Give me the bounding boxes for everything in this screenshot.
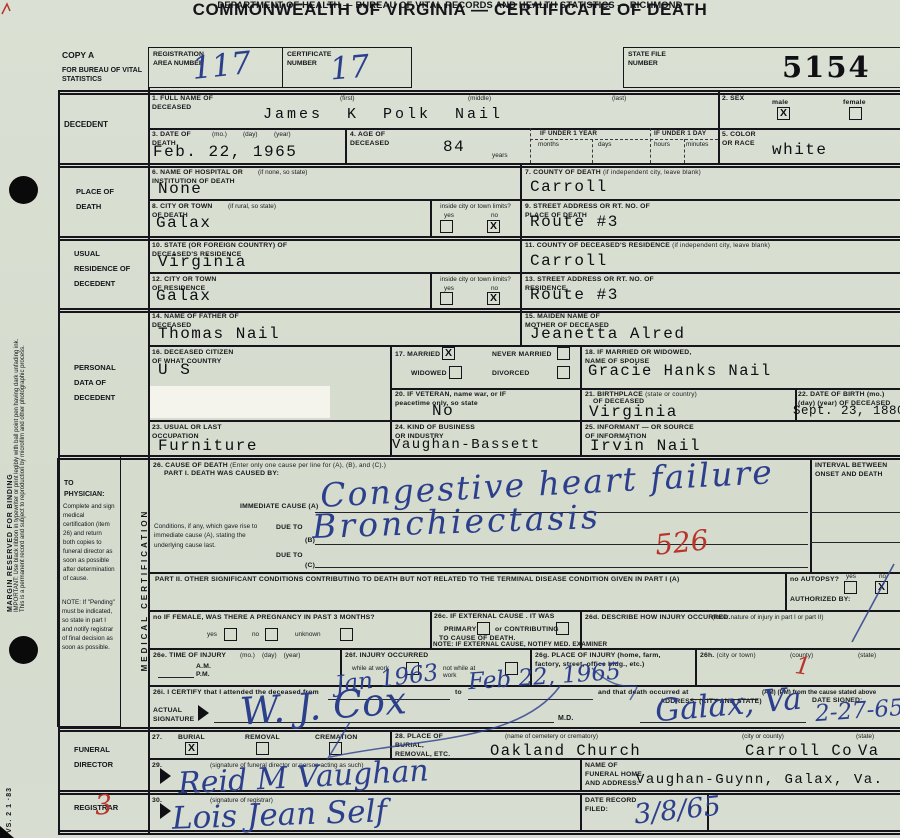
field-26h-state-hint: (state): [858, 652, 876, 659]
pregnancy-yes-checkbox: [224, 628, 237, 641]
field-2-label: 2. SEX: [722, 95, 744, 104]
burial-checkbox: X: [185, 742, 198, 755]
rule: [430, 272, 432, 308]
limits2-no-label: no: [491, 285, 498, 292]
rule: [148, 572, 900, 574]
under-1-year-months: months: [538, 141, 559, 148]
field-5-text: COLOR OR RACE: [722, 131, 756, 147]
sidebar-decedent: DECEDENT: [64, 120, 108, 129]
under-1-year-days: days: [598, 141, 612, 148]
autopsy-yes-checkbox: [844, 581, 857, 594]
rule: [58, 163, 900, 165]
under-1-day-minutes: minutes: [686, 141, 708, 148]
hole-punch-top: [9, 176, 38, 204]
field-21-hint: (state or country): [645, 391, 697, 398]
rule: [148, 610, 900, 612]
rule: [810, 542, 900, 543]
field-5-label: 5. COLOR OR RACE: [722, 131, 767, 149]
sidebar-usual-residence: USUAL RESIDENCE OF DECEDENT: [74, 246, 136, 291]
spouse-value: Gracie Hanks Nail: [588, 362, 772, 380]
copy-for-label: FOR BUREAU OF VITAL STATISTICS: [62, 66, 144, 85]
pregnancy-yes-label: yes: [207, 631, 217, 638]
rule: [592, 139, 593, 163]
field-17-never-label: NEVER MARRIED: [492, 351, 552, 360]
hospital-value: None: [158, 180, 202, 198]
limits2-no-checkbox: X: [487, 292, 500, 305]
rule: [430, 610, 432, 648]
limits1-no-label: no: [491, 212, 498, 219]
father-name-value: Thomas Nail: [158, 325, 280, 343]
field-26-no: 26.: [153, 462, 163, 469]
field-7-label: 7. COUNTY OF DEATH (if independent city,…: [525, 169, 701, 178]
field-5-no: 5.: [722, 131, 728, 138]
field-3-hint-mo: (mo.): [212, 131, 227, 138]
field-14-no: 14.: [152, 313, 162, 320]
rule: [148, 128, 900, 130]
state-file-label: STATE FILE NUMBER: [628, 51, 688, 69]
limits2-yes-label: yes: [444, 285, 454, 292]
occupation-value: Furniture: [158, 437, 258, 455]
field-17-divorced-label: DIVORCED: [492, 370, 529, 379]
never-married-checkbox: [557, 347, 570, 360]
field-26b-label: no IF FEMALE, WAS THERE A PREGNANCY IN P…: [153, 614, 393, 623]
field-26e-hints: (mo.) (day) (year): [240, 652, 300, 659]
rule: [58, 90, 900, 92]
city-of-residence-value: Galax: [156, 287, 212, 305]
field-24-no: 24.: [395, 424, 405, 431]
sidebar-funeral-director: FUNERAL DIRECTOR: [74, 742, 136, 772]
rule: [390, 388, 900, 390]
contributing-checkbox: [556, 622, 569, 635]
rule: [148, 648, 900, 650]
field-6-no: 6.: [152, 169, 158, 176]
rule: [58, 239, 900, 241]
hole-punch-bottom: [9, 636, 38, 664]
field-26h-no: 26h.: [700, 652, 714, 659]
field-17-married-label: 17. MARRIED: [395, 351, 440, 360]
field-7-hint: (if independent city, leave blank): [603, 169, 701, 176]
date-of-birth-value: Sept. 23, 1880: [793, 404, 900, 418]
field-26e-no: 26e.: [153, 652, 167, 659]
binding-margin-title: MARGIN RESERVED FOR BINDING: [7, 52, 14, 612]
field-7-no: 7.: [525, 169, 531, 176]
interval-label: INTERVAL BETWEEN ONSET AND DEATH: [815, 462, 893, 480]
sex-male-checkbox: X: [777, 107, 790, 120]
field-26f-no: 26f.: [345, 652, 358, 659]
rule: [580, 345, 582, 455]
pregnancy-unknown-checkbox: [340, 628, 353, 641]
limits1-no-checkbox: X: [487, 220, 500, 233]
burial-county-hint: (city or county): [742, 733, 784, 740]
industry-value: Vaughan-Bassett: [392, 437, 541, 453]
registrar-signature: Lois Jean Self: [171, 793, 387, 836]
field-3-hint-year: (year): [274, 131, 291, 138]
md-label: M.D.: [558, 714, 574, 723]
field-26f-text: INJURY OCCURRED: [360, 652, 429, 659]
state-of-residence-value: Virginia: [158, 253, 247, 271]
rule: [148, 420, 900, 422]
field-4-no: 4.: [350, 131, 356, 138]
field-26e-label: 26e. TIME OF INJURY: [153, 652, 226, 661]
actual-signature-label: ACTUAL SIGNATURE: [153, 707, 197, 725]
field-17-widowed-label: WIDOWED: [411, 370, 447, 379]
autopsy-slash-stroke: [852, 564, 894, 642]
mother-name-value: Jeanetta Alred: [530, 325, 685, 343]
rule: [158, 677, 194, 678]
burial-state-hint: (state): [856, 733, 874, 740]
authorized-by-label: AUTHORIZED BY:: [790, 596, 850, 605]
contributing-label: or CONTRIBUTING: [495, 626, 559, 635]
field-26e-text: TIME OF INJURY: [169, 652, 226, 659]
sidebar-place-of-death: PLACE OF DEATH: [76, 184, 128, 214]
married-checkbox: X: [442, 347, 455, 360]
field-26c-text: IF EXTERNAL CAUSE . IT WAS: [450, 613, 554, 620]
rule: [148, 199, 900, 201]
autopsy-label: no AUTOPSY?: [790, 576, 839, 585]
field-26b-text: IF FEMALE, WAS THERE A PREGNANCY IN PAST…: [164, 614, 375, 621]
field-9-no: 9.: [525, 203, 531, 210]
rule: [530, 128, 531, 163]
limits2-yes-checkbox: [440, 292, 453, 305]
rule: [695, 648, 697, 685]
cemetery-value: Oakland Church: [490, 742, 641, 760]
field-20-label: 20. IF VETERAN, name war, or IF peacetim…: [395, 391, 525, 409]
part2-body: OTHER SIGNIFICANT CONDITIONS CONTRIBUTIN…: [184, 576, 679, 583]
rule: [58, 730, 900, 732]
field-11-label: 11. COUNTY OF DECEASED'S RESIDENCE (if i…: [525, 242, 770, 251]
under-1-year-label: IF UNDER 1 YEAR: [540, 130, 597, 138]
field-26f-label: 26f. INJURY OCCURRED: [345, 652, 428, 661]
rule: [315, 567, 808, 568]
registrar-signature-arrow-icon: [160, 803, 171, 819]
certificate-number-value: 17: [329, 48, 371, 87]
burial-county-value: Carroll Co: [745, 742, 853, 760]
rule: [345, 128, 347, 163]
field-13-no: 13.: [525, 276, 535, 283]
rule: [58, 458, 900, 460]
city-of-death-value: Galax: [156, 214, 212, 232]
field-12-no: 12.: [152, 276, 162, 283]
rule: [148, 345, 900, 347]
rule: [430, 199, 432, 236]
burial-state-value: Va: [858, 742, 880, 760]
field-11-text: COUNTY OF DECEASED'S RESIDENCE: [537, 242, 670, 249]
funeral-home-value: Vaughan-Guynn, Galax, Va.: [636, 772, 884, 788]
veteran-value: No: [432, 402, 454, 420]
rule: [390, 730, 392, 758]
field-8-no: 8.: [152, 203, 158, 210]
conditions-note: Conditions, if any, which gave rise to i…: [154, 522, 266, 550]
registration-area-value: 117: [190, 45, 253, 87]
field-16-no: 16.: [152, 349, 162, 356]
field-26h-red-mark: 1: [793, 651, 812, 681]
medical-certification-strip: MEDICAL CERTIFICATION: [120, 455, 148, 727]
state-file-value: 5154: [782, 50, 871, 84]
field-27-no: 27.: [152, 734, 162, 743]
field-2-no: 2.: [722, 95, 728, 102]
autopsy-no-word: no: [879, 573, 886, 580]
field-15-no: 15.: [525, 313, 535, 320]
citizen-value: U S: [158, 361, 191, 379]
field-25-no: 25.: [585, 424, 595, 431]
autopsy-no-checkbox: X: [875, 581, 888, 594]
field-20-no: 20.: [395, 391, 405, 398]
date-of-death-value: Feb. 22, 1965: [153, 143, 297, 161]
rule: [530, 139, 718, 140]
binding-margin-text: MARGIN RESERVED FOR BINDING IMPORTANT: U…: [7, 52, 26, 612]
street-of-residence-value: Route #3: [530, 286, 619, 304]
under-1-day-label: IF UNDER 1 DAY: [654, 130, 706, 138]
field-2-text: SEX: [730, 95, 744, 102]
cemetery-hint: (name of cemetery or crematory): [505, 733, 598, 740]
to-physician-title: TO PHYSICIAN:: [64, 479, 112, 500]
physician-signature: W. J. Cox: [239, 678, 408, 734]
field-4-label: 4. AGE OF DECEASED: [350, 131, 405, 149]
primary-checkbox: [477, 622, 490, 635]
field-1-label: 1. FULL NAME OF DECEASED: [152, 95, 222, 113]
certificate-subtitle: DEPARTMENT OF HEALTH — BUREAU OF VITAL R…: [0, 0, 900, 10]
rule: [58, 166, 900, 168]
limits1-yes-checkbox: [440, 220, 453, 233]
field-26c-no: 26c.: [434, 613, 448, 620]
field-21-text: BIRTHPLACE: [597, 391, 643, 398]
sidebar-personal-data: PERSONAL DATA OF DECEDENT: [74, 360, 136, 405]
birthplace-value: Virginia: [589, 403, 678, 421]
autopsy-yes-label: yes: [846, 573, 856, 580]
rule: [468, 699, 593, 700]
cause-code-red: 526: [653, 523, 710, 561]
signature-arrow-icon: [198, 705, 209, 721]
certify-to-word: to: [455, 689, 462, 698]
rule: [650, 128, 651, 163]
due-to-c-label: DUE TO: [276, 552, 303, 561]
field-26h-city-hint: (city or town): [717, 652, 756, 659]
binding-margin-note2: This is a permanent record and subject t…: [20, 52, 26, 612]
field-28-no: 28.: [395, 733, 405, 740]
widowed-checkbox: [449, 366, 462, 379]
limits1-question: inside city or town limits?: [433, 203, 518, 210]
c-label: (C): [305, 562, 315, 571]
removal-checkbox: [256, 742, 269, 755]
field-1-text: FULL NAME OF DECEASED: [152, 95, 213, 111]
date-filed-handwriting: 3/8/65: [633, 791, 723, 831]
death-certificate-scan: COMMONWEALTH OF VIRGINIA — CERTIFICATE O…: [0, 0, 900, 838]
certify-no: 26i.: [153, 689, 165, 696]
form-number: VS. 2 1 ·83: [6, 787, 13, 833]
field-26h-label: 26h. (city or town): [700, 652, 756, 661]
correction-patch: [150, 386, 330, 418]
field-11-hint: (if independent city, leave blank): [672, 242, 770, 249]
autopsy-no: no: [790, 576, 799, 583]
rule: [810, 458, 812, 572]
field-7-text: COUNTY OF DEATH: [533, 169, 601, 176]
rule: [580, 793, 582, 830]
state-file-box: STATE FILE NUMBER 5154: [623, 47, 900, 88]
rule: [315, 544, 808, 545]
rule: [148, 272, 900, 274]
field-22-no: 22.: [798, 391, 808, 398]
field-26b-no: no: [153, 614, 162, 621]
to-physician-note: NOTE: If "Pending" must be indicated, so…: [62, 599, 116, 653]
rule: [580, 758, 582, 790]
cremation-checkbox: [329, 742, 342, 755]
rule: [810, 512, 900, 513]
age-value: 84: [443, 138, 465, 156]
limits2-question: inside city or town limits?: [433, 276, 518, 283]
to-physician-body: Complete and sign medical certification …: [63, 503, 115, 584]
field-3-hint-day: (day): [243, 131, 258, 138]
field-11-no: 11.: [525, 242, 535, 249]
field-26c-label: 26c. IF EXTERNAL CAUSE . IT WAS: [434, 613, 574, 622]
field-1-hint-first: (first): [340, 95, 355, 102]
county-of-residence-value: Carroll: [530, 252, 608, 270]
field-3-no: 3.: [152, 131, 158, 138]
field-4-text: AGE OF DECEASED: [350, 131, 389, 147]
field-26-paren: (Enter only one cause per line for (A), …: [230, 462, 386, 469]
registrar-red-mark: 3: [94, 789, 113, 821]
race-value: white: [772, 141, 828, 159]
rule: [58, 236, 900, 238]
informant-value: Irvin Nail: [590, 437, 701, 455]
field-17-no: 17.: [395, 351, 405, 358]
field-1-hint-last: (last): [612, 95, 626, 102]
to-physician-box: TO PHYSICIAN: Complete and sign medical …: [57, 458, 121, 727]
medical-certification-vertical-label: MEDICAL CERTIFICATION: [140, 465, 149, 715]
part2-text: PART II. OTHER SIGNIFICANT CONDITIONS CO…: [155, 576, 785, 585]
field-6-hint: (if none, so state): [258, 169, 307, 176]
part2-label: PART II.: [155, 576, 182, 583]
field-17-married-text: MARRIED: [407, 351, 440, 358]
due-to-b-label: DUE TO: [276, 524, 303, 533]
field-26d-hint: (enter nature of injury in part I or par…: [712, 614, 824, 621]
rule: [684, 139, 685, 163]
rule: [785, 572, 787, 610]
pregnancy-no-checkbox: [265, 628, 278, 641]
pregnancy-unknown-label: unknown: [295, 631, 321, 638]
sex-female-checkbox: [849, 107, 862, 120]
pm-label: P.M.: [196, 671, 210, 680]
field-26d-label: 26d. DESCRIBE HOW INJURY OCCURRED.: [585, 614, 730, 623]
field-18-no: 18.: [585, 349, 595, 356]
age-unit-label: years: [492, 152, 508, 159]
autopsy-text: AUTOPSY?: [801, 576, 840, 583]
part1-label: PART I. DEATH WAS CAUSED BY:: [164, 470, 279, 479]
field-8-hint: (if rural, so state): [228, 203, 276, 210]
divorced-checkbox: [557, 366, 570, 379]
field-23-no: 23.: [152, 424, 162, 431]
limits1-yes-label: yes: [444, 212, 454, 219]
pregnancy-no-label: no: [252, 631, 259, 638]
county-of-death-value: Carroll: [530, 178, 608, 196]
field-21-no: 21.: [585, 391, 595, 398]
rule: [58, 727, 900, 729]
under-1-day-hours: hours: [654, 141, 670, 148]
field-26g-no: 26g.: [535, 652, 549, 659]
rule: [58, 455, 900, 457]
funeral-signature-arrow-icon: [160, 768, 171, 784]
street-of-death-value: Route #3: [530, 213, 619, 231]
rule: [718, 90, 720, 163]
field-26d-no: 26d.: [585, 614, 599, 621]
rule: [520, 308, 522, 345]
date-signed-handwriting: 2-27-65: [814, 695, 900, 727]
full-name-value: James K Polk Nail: [263, 106, 503, 123]
rule: [58, 308, 900, 310]
primary-label: PRIMARY: [444, 626, 477, 635]
copy-label: COPY A: [62, 50, 94, 60]
immediate-cause-label: IMMEDIATE CAUSE (A): [240, 503, 318, 512]
field-1-no: 1.: [152, 95, 158, 102]
field-10-no: 10.: [152, 242, 162, 249]
field-1-hint-middle: (middle): [468, 95, 491, 102]
field-26-text: CAUSE OF DEATH: [165, 462, 228, 469]
